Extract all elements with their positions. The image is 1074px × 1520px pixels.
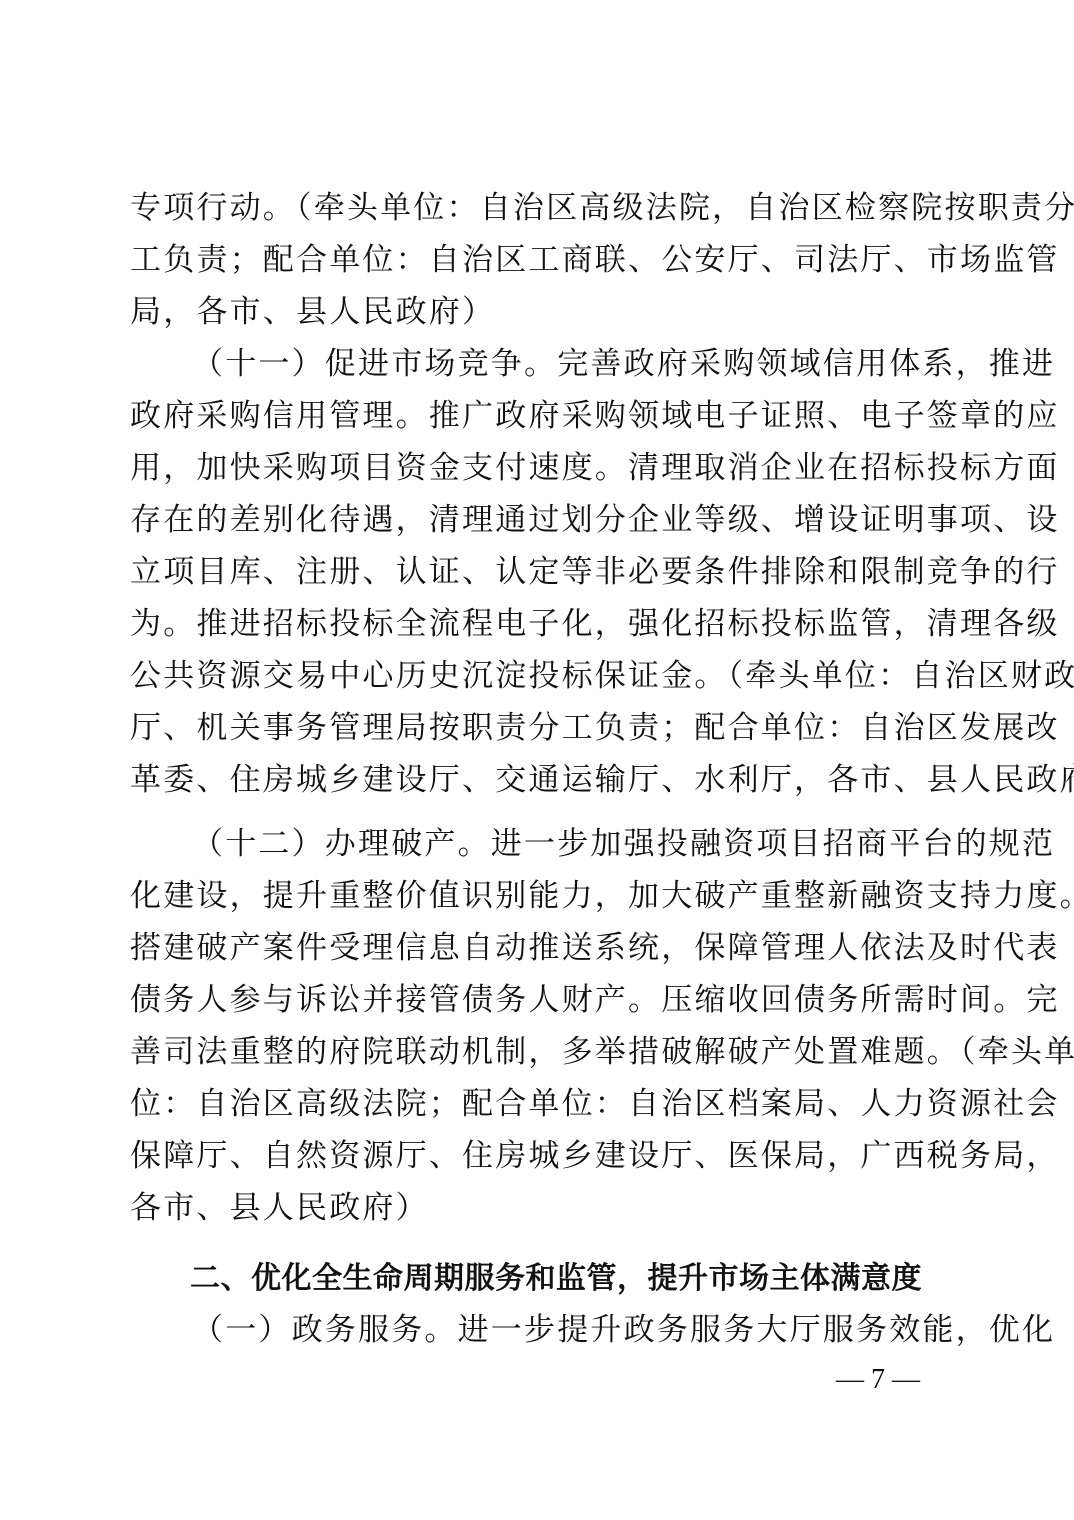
text-line: 工负责；配合单位：自治区工商联、公安厅、司法厅、市场监管 — [130, 234, 946, 286]
text-line: 革委、住房城乡建设厅、交通运输厅、水利厅，各市、县人民政府） — [130, 754, 946, 806]
text-line: （一）政务服务。进一步提升政务服务大厅服务效能，优化 — [130, 1304, 946, 1356]
section-heading: 二、优化全生命周期服务和监管，提升市场主体满意度 — [190, 1253, 922, 1305]
text-line: 债务人参与诉讼并接管债务人财产。压缩收回债务所需时间。完 — [130, 974, 946, 1026]
text-line: 为。推进招标投标全流程电子化，强化招标投标监管，清理各级 — [130, 598, 946, 650]
text-line: 厅、机关事务管理局按职责分工负责；配合单位：自治区发展改 — [130, 702, 946, 754]
text-line: 搭建破产案件受理信息自动推送系统，保障管理人依法及时代表 — [130, 922, 946, 974]
document-page: 专项行动。（牵头单位：自治区高级法院，自治区检察院按职责分 工负责；配合单位：自… — [0, 0, 1074, 1520]
page-number: — 7 — — [836, 1364, 920, 1396]
text-line: 公共资源交易中心历史沉淀投标保证金。（牵头单位：自治区财政 — [130, 650, 946, 702]
text-line: 化建设，提升重整价值识别能力，加大破产重整新融资支持力度。 — [130, 870, 946, 922]
text-line: 局，各市、县人民政府） — [130, 286, 946, 338]
text-line: 政府采购信用管理。推广政府采购领域电子证照、电子签章的应 — [130, 390, 946, 442]
text-line: 存在的差别化待遇，清理通过划分企业等级、增设证明事项、设 — [130, 494, 946, 546]
text-line: 用，加快采购项目资金支付速度。清理取消企业在招标投标方面 — [130, 442, 946, 494]
paragraph-item-12: （十二）办理破产。进一步加强投融资项目招商平台的规范 化建设，提升重整价值识别能… — [130, 818, 946, 1234]
text-line: （十二）办理破产。进一步加强投融资项目招商平台的规范 — [130, 818, 946, 870]
text-line: 各市、县人民政府） — [130, 1182, 946, 1234]
paragraph-continuation: 专项行动。（牵头单位：自治区高级法院，自治区检察院按职责分 工负责；配合单位：自… — [130, 182, 946, 338]
paragraph-subsection-1: （一）政务服务。进一步提升政务服务大厅服务效能，优化 — [130, 1304, 946, 1356]
text-line: 专项行动。（牵头单位：自治区高级法院，自治区检察院按职责分 — [130, 182, 946, 234]
text-line: 位：自治区高级法院；配合单位：自治区档案局、人力资源社会 — [130, 1078, 946, 1130]
text-line: 善司法重整的府院联动机制，多举措破解破产处置难题。（牵头单 — [130, 1026, 946, 1078]
paragraph-item-11: （十一）促进市场竞争。完善政府采购领域信用体系，推进 政府采购信用管理。推广政府… — [130, 338, 946, 806]
text-line: （十一）促进市场竞争。完善政府采购领域信用体系，推进 — [130, 338, 946, 390]
text-line: 保障厅、自然资源厅、住房城乡建设厅、医保局，广西税务局， — [130, 1130, 946, 1182]
text-line: 立项目库、注册、认证、认定等非必要条件排除和限制竞争的行 — [130, 546, 946, 598]
